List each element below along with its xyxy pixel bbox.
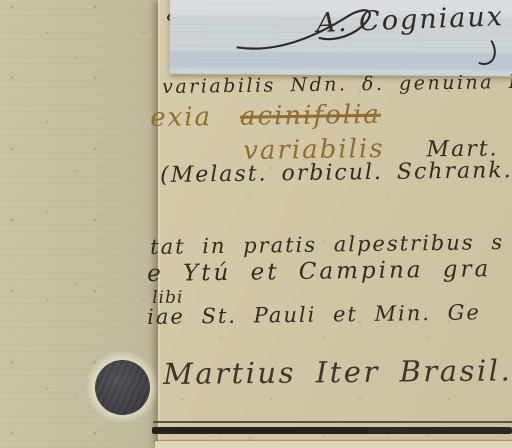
struck-epithet: acinifolia xyxy=(240,100,381,132)
handwritten-habitat-line-1: tat in pratis alpestribus s xyxy=(150,230,504,259)
sheet-bottom-edge xyxy=(155,441,512,448)
handwritten-synonym-line: (Melast. orbicul. Schrank.) xyxy=(160,158,512,188)
genus-fragment: exia xyxy=(150,102,212,133)
printed-rule-thin xyxy=(153,421,512,423)
handwritten-habitat-line-4: iae St. Pauli et Min. Ge xyxy=(147,300,481,329)
punch-hole-dot xyxy=(95,360,150,415)
herbarium-label-scan: A. Cogniaux variabilis Ndn. δ. genuina B… xyxy=(0,0,512,448)
handwritten-habitat-line-2: e Ytú et Campina gra xyxy=(147,256,491,287)
printed-expedition-title: Martius Iter Brasil. H xyxy=(163,353,512,391)
determination-slip: A. Cogniaux xyxy=(169,0,512,76)
printed-rule-thick xyxy=(152,427,512,434)
handwritten-genus-line: exiaacinifolia xyxy=(150,100,381,133)
